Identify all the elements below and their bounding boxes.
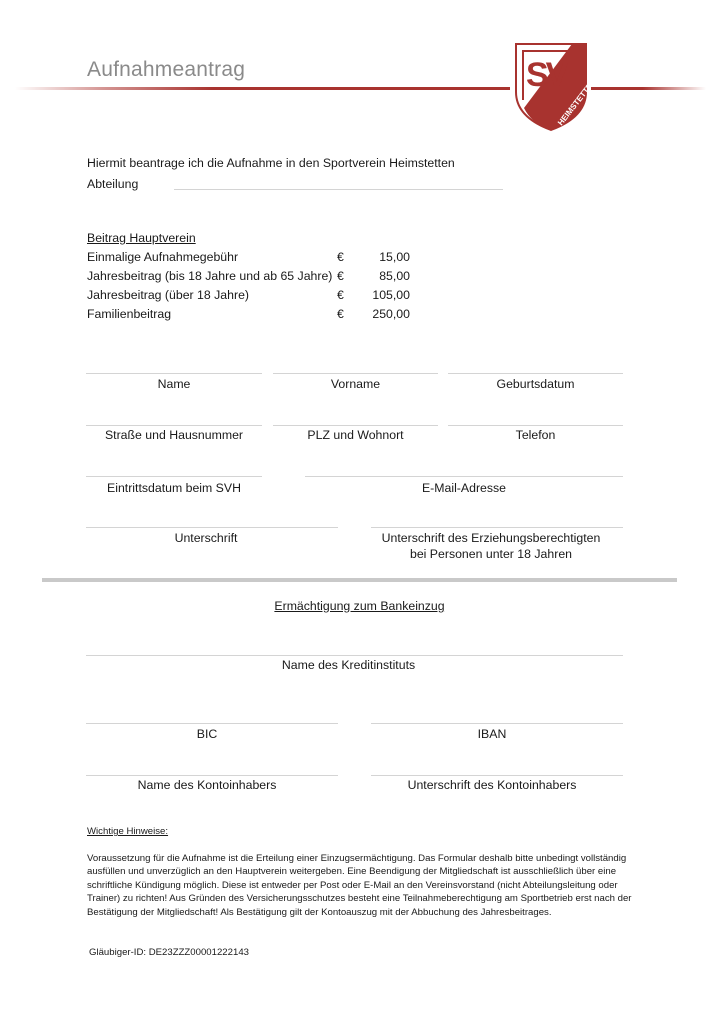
page-title: Aufnahmeantrag xyxy=(87,58,245,82)
creditor-id: Gläubiger-ID: DE23ZZZ00001222143 xyxy=(89,946,249,959)
plz-ort-label: PLZ und Wohnort xyxy=(273,428,438,442)
vorname-label: Vorname xyxy=(273,377,438,391)
plz-ort-field[interactable] xyxy=(273,425,438,426)
header-rule-left xyxy=(15,87,510,90)
strasse-field[interactable] xyxy=(86,425,262,426)
geburtsdatum-field[interactable] xyxy=(448,373,623,374)
email-label: E-Mail-Adresse xyxy=(305,481,623,495)
name-label: Name xyxy=(86,377,262,391)
eintrittsdatum-label: Eintrittsdatum beim SVH xyxy=(86,481,262,495)
telefon-field[interactable] xyxy=(448,425,623,426)
bank-heading: Ermächtigung zum Bankeinzug xyxy=(42,599,677,613)
email-field[interactable] xyxy=(305,476,623,477)
bic-field[interactable] xyxy=(86,723,338,724)
kontoinhaber-signature-label: Unterschrift des Kontoinhabers xyxy=(371,778,613,792)
guardian-signature-label-line1: Unterschrift des Erziehungsberechtigten xyxy=(365,531,617,545)
intro-statement: Hiermit beantrage ich die Aufnahme in de… xyxy=(87,156,455,171)
section-divider xyxy=(42,578,677,582)
geburtsdatum-label: Geburtsdatum xyxy=(448,377,623,391)
header-rule-right xyxy=(591,87,706,90)
department-label: Abteilung xyxy=(87,177,138,192)
department-field[interactable] xyxy=(174,189,503,190)
fees-heading: Beitrag Hauptverein xyxy=(87,231,196,246)
svg-text:SV: SV xyxy=(526,56,569,94)
guardian-signature-label-line2: bei Personen unter 18 Jahren xyxy=(365,547,617,561)
fee-label: Jahresbeitrag (über 18 Jahre) xyxy=(87,288,249,302)
kreditinstitut-label: Name des Kreditinstituts xyxy=(86,658,611,672)
signature-field[interactable] xyxy=(86,527,338,528)
kontoinhaber-label: Name des Kontoinhabers xyxy=(86,778,328,792)
fee-currency: € xyxy=(337,250,344,264)
fee-amount: 85,00 xyxy=(355,269,410,283)
fee-label: Einmalige Aufnahmegebühr xyxy=(87,250,238,264)
fee-amount: 105,00 xyxy=(355,288,410,302)
notes-text: Voraussetzung für die Aufnahme ist die E… xyxy=(87,852,647,919)
eintrittsdatum-field[interactable] xyxy=(86,476,262,477)
notes-heading: Wichtige Hinweise: xyxy=(87,825,168,838)
strasse-label: Straße und Hausnummer xyxy=(86,428,262,442)
guardian-signature-field[interactable] xyxy=(371,527,623,528)
name-field[interactable] xyxy=(86,373,262,374)
fee-amount: 250,00 xyxy=(355,307,410,321)
sv-heimstetten-crest-icon: SV HEIMSTETTEN xyxy=(512,42,590,132)
telefon-label: Telefon xyxy=(448,428,623,442)
fee-amount: 15,00 xyxy=(355,250,410,264)
fee-currency: € xyxy=(337,269,344,283)
vorname-field[interactable] xyxy=(273,373,438,374)
fee-label: Jahresbeitrag (bis 18 Jahre und ab 65 Ja… xyxy=(87,269,332,283)
iban-label: IBAN xyxy=(371,727,613,741)
fee-currency: € xyxy=(337,307,344,321)
iban-field[interactable] xyxy=(371,723,623,724)
kontoinhaber-signature-field[interactable] xyxy=(371,775,623,776)
fee-currency: € xyxy=(337,288,344,302)
kontoinhaber-field[interactable] xyxy=(86,775,338,776)
kreditinstitut-field[interactable] xyxy=(86,655,623,656)
bic-label: BIC xyxy=(86,727,328,741)
signature-label: Unterschrift xyxy=(86,531,326,545)
fee-label: Familienbeitrag xyxy=(87,307,171,321)
